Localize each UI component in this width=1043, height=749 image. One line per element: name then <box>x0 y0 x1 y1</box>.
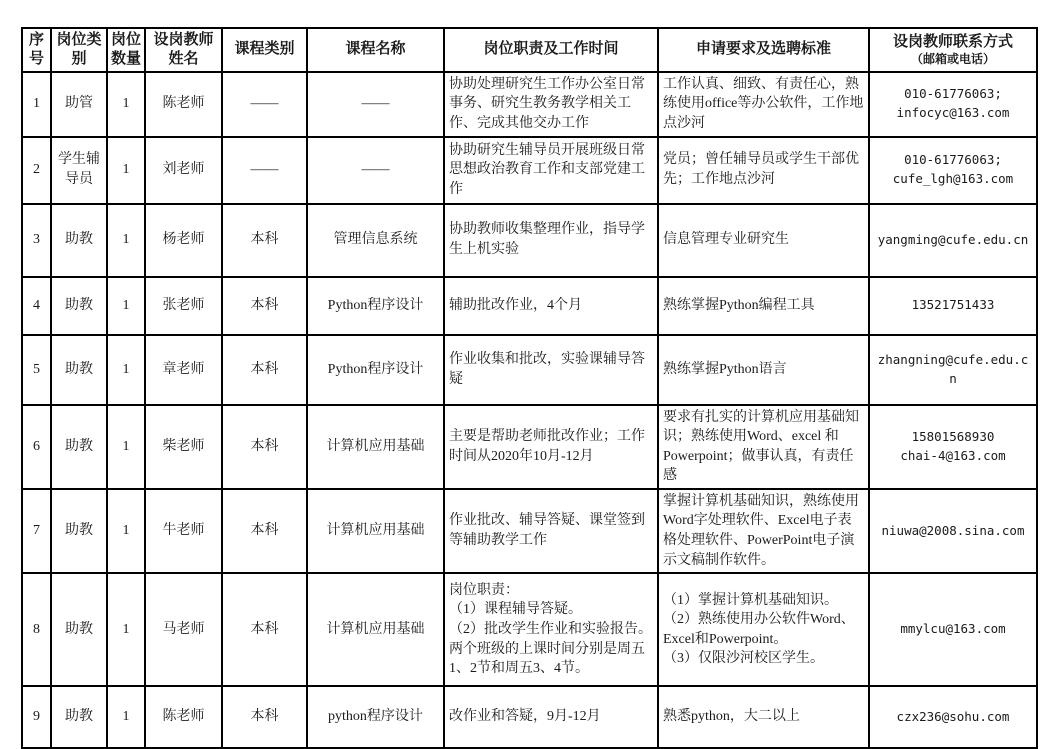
cell-contact: 010-61776063; cufe_lgh@163.com <box>869 137 1037 204</box>
cell-course-type: —— <box>222 72 307 137</box>
cell-count: 1 <box>107 137 145 204</box>
cell-serial: 9 <box>22 686 51 748</box>
cell-serial: 7 <box>22 489 51 573</box>
col-header-course-type: 课程类别 <box>222 28 307 72</box>
cell-serial: 6 <box>22 405 51 489</box>
cell-serial: 1 <box>22 72 51 137</box>
cell-course-name: —— <box>307 137 444 204</box>
cell-course-type: —— <box>222 137 307 204</box>
cell-requirements: 信息管理专业研究生 <box>658 204 869 277</box>
col-header-course-name: 课程名称 <box>307 28 444 72</box>
cell-requirements: 掌握计算机基础知识，熟练使用Word字处理软件、Excel电子表格处理软件、Po… <box>658 489 869 573</box>
cell-course-type: 本科 <box>222 405 307 489</box>
cell-serial: 2 <box>22 137 51 204</box>
cell-category: 助教 <box>51 335 107 405</box>
cell-duties: 辅助批改作业，4个月 <box>444 277 658 335</box>
header-row: 序号 岗位类别 岗位数量 设岗教师姓名 课程类别 课程名称 岗位职责及工作时间 … <box>22 28 1037 72</box>
col-header-contact-label: 设岗教师联系方式 <box>893 34 1013 50</box>
cell-count: 1 <box>107 204 145 277</box>
cell-category: 助管 <box>51 72 107 137</box>
table-row: 5 助教 1 章老师 本科 Python程序设计 作业收集和批改，实验课辅导答疑… <box>22 335 1037 405</box>
cell-count: 1 <box>107 405 145 489</box>
cell-course-name: Python程序设计 <box>307 277 444 335</box>
cell-category: 助教 <box>51 686 107 748</box>
cell-contact: zhangning@cufe.edu.cn <box>869 335 1037 405</box>
cell-teacher: 牛老师 <box>145 489 222 573</box>
cell-count: 1 <box>107 573 145 686</box>
cell-serial: 3 <box>22 204 51 277</box>
cell-duties: 协助处理研究生工作办公室日常事务、研究生教务教学相关工作、完成其他交办工作 <box>444 72 658 137</box>
table-row: 6 助教 1 柴老师 本科 计算机应用基础 主要是帮助老师批改作业；工作时间从2… <box>22 405 1037 489</box>
cell-requirements: （1）掌握计算机基础知识。 （2）熟练使用办公软件Word、Excel和Powe… <box>658 573 869 686</box>
cell-category: 助教 <box>51 405 107 489</box>
cell-duties: 主要是帮助老师批改作业；工作时间从2020年10月-12月 <box>444 405 658 489</box>
cell-count: 1 <box>107 489 145 573</box>
table-row: 4 助教 1 张老师 本科 Python程序设计 辅助批改作业，4个月 熟练掌握… <box>22 277 1037 335</box>
cell-teacher: 柴老师 <box>145 405 222 489</box>
cell-teacher: 张老师 <box>145 277 222 335</box>
cell-requirements: 熟练掌握Python编程工具 <box>658 277 869 335</box>
col-header-category: 岗位类别 <box>51 28 107 72</box>
col-header-requirements: 申请要求及选聘标准 <box>658 28 869 72</box>
cell-requirements: 要求有扎实的计算机应用基础知识；熟练使用Word、excel 和Powerpoi… <box>658 405 869 489</box>
cell-course-name: 计算机应用基础 <box>307 405 444 489</box>
col-header-teacher: 设岗教师姓名 <box>145 28 222 72</box>
cell-duties: 协助教师收集整理作业，指导学生上机实验 <box>444 204 658 277</box>
cell-teacher: 马老师 <box>145 573 222 686</box>
cell-contact: 15801568930 chai-4@163.com <box>869 405 1037 489</box>
cell-contact: niuwa@2008.sina.com <box>869 489 1037 573</box>
table-row: 9 助教 1 陈老师 本科 python程序设计 改作业和答疑，9月-12月 熟… <box>22 686 1037 748</box>
cell-duties: 岗位职责： （1）课程辅导答疑。 （2）批改学生作业和实验报告。 两个班级的上课… <box>444 573 658 686</box>
cell-contact: yangming@cufe.edu.cn <box>869 204 1037 277</box>
cell-category: 助教 <box>51 489 107 573</box>
cell-course-type: 本科 <box>222 335 307 405</box>
cell-count: 1 <box>107 72 145 137</box>
cell-contact: mmylcu@163.com <box>869 573 1037 686</box>
cell-course-name: 计算机应用基础 <box>307 573 444 686</box>
cell-teacher: 章老师 <box>145 335 222 405</box>
cell-serial: 5 <box>22 335 51 405</box>
cell-count: 1 <box>107 277 145 335</box>
col-header-contact-sublabel: （邮箱或电话） <box>872 52 1034 66</box>
col-header-duties: 岗位职责及工作时间 <box>444 28 658 72</box>
table-row: 2 学生辅导员 1 刘老师 —— —— 协助研究生辅导员开展班级日常思想政治教育… <box>22 137 1037 204</box>
cell-duties: 作业收集和批改，实验课辅导答疑 <box>444 335 658 405</box>
cell-course-type: 本科 <box>222 277 307 335</box>
cell-course-name: python程序设计 <box>307 686 444 748</box>
table-row: 1 助管 1 陈老师 —— —— 协助处理研究生工作办公室日常事务、研究生教务教… <box>22 72 1037 137</box>
table-row: 3 助教 1 杨老师 本科 管理信息系统 协助教师收集整理作业，指导学生上机实验… <box>22 204 1037 277</box>
cell-duties: 作业批改、辅导答疑、课堂签到等辅助教学工作 <box>444 489 658 573</box>
cell-requirements: 党员；曾任辅导员或学生干部优先；工作地点沙河 <box>658 137 869 204</box>
cell-course-name: Python程序设计 <box>307 335 444 405</box>
job-postings-table: 序号 岗位类别 岗位数量 设岗教师姓名 课程类别 课程名称 岗位职责及工作时间 … <box>21 27 1038 749</box>
cell-requirements: 熟练掌握Python语言 <box>658 335 869 405</box>
cell-contact: 010-61776063; infocyc@163.com <box>869 72 1037 137</box>
cell-count: 1 <box>107 686 145 748</box>
cell-category: 助教 <box>51 573 107 686</box>
cell-count: 1 <box>107 335 145 405</box>
cell-teacher: 杨老师 <box>145 204 222 277</box>
cell-category: 学生辅导员 <box>51 137 107 204</box>
table-row: 7 助教 1 牛老师 本科 计算机应用基础 作业批改、辅导答疑、课堂签到等辅助教… <box>22 489 1037 573</box>
col-header-count: 岗位数量 <box>107 28 145 72</box>
cell-duties: 协助研究生辅导员开展班级日常思想政治教育工作和支部党建工作 <box>444 137 658 204</box>
cell-category: 助教 <box>51 204 107 277</box>
cell-teacher: 陈老师 <box>145 686 222 748</box>
table-row: 8 助教 1 马老师 本科 计算机应用基础 岗位职责： （1）课程辅导答疑。 （… <box>22 573 1037 686</box>
cell-course-type: 本科 <box>222 686 307 748</box>
col-header-contact: 设岗教师联系方式 （邮箱或电话） <box>869 28 1037 72</box>
cell-requirements: 工作认真、细致、有责任心，熟练使用office等办公软件，工作地点沙河 <box>658 72 869 137</box>
cell-duties: 改作业和答疑，9月-12月 <box>444 686 658 748</box>
cell-course-type: 本科 <box>222 204 307 277</box>
cell-course-type: 本科 <box>222 573 307 686</box>
cell-course-name: 计算机应用基础 <box>307 489 444 573</box>
cell-contact: 13521751433 <box>869 277 1037 335</box>
document-page: 序号 岗位类别 岗位数量 设岗教师姓名 课程类别 课程名称 岗位职责及工作时间 … <box>0 0 1043 749</box>
cell-teacher: 刘老师 <box>145 137 222 204</box>
cell-serial: 8 <box>22 573 51 686</box>
cell-requirements: 熟悉python，大二以上 <box>658 686 869 748</box>
cell-category: 助教 <box>51 277 107 335</box>
cell-course-name: 管理信息系统 <box>307 204 444 277</box>
cell-course-name: —— <box>307 72 444 137</box>
cell-course-type: 本科 <box>222 489 307 573</box>
cell-contact: czx236@sohu.com <box>869 686 1037 748</box>
cell-serial: 4 <box>22 277 51 335</box>
cell-teacher: 陈老师 <box>145 72 222 137</box>
col-header-serial: 序号 <box>22 28 51 72</box>
